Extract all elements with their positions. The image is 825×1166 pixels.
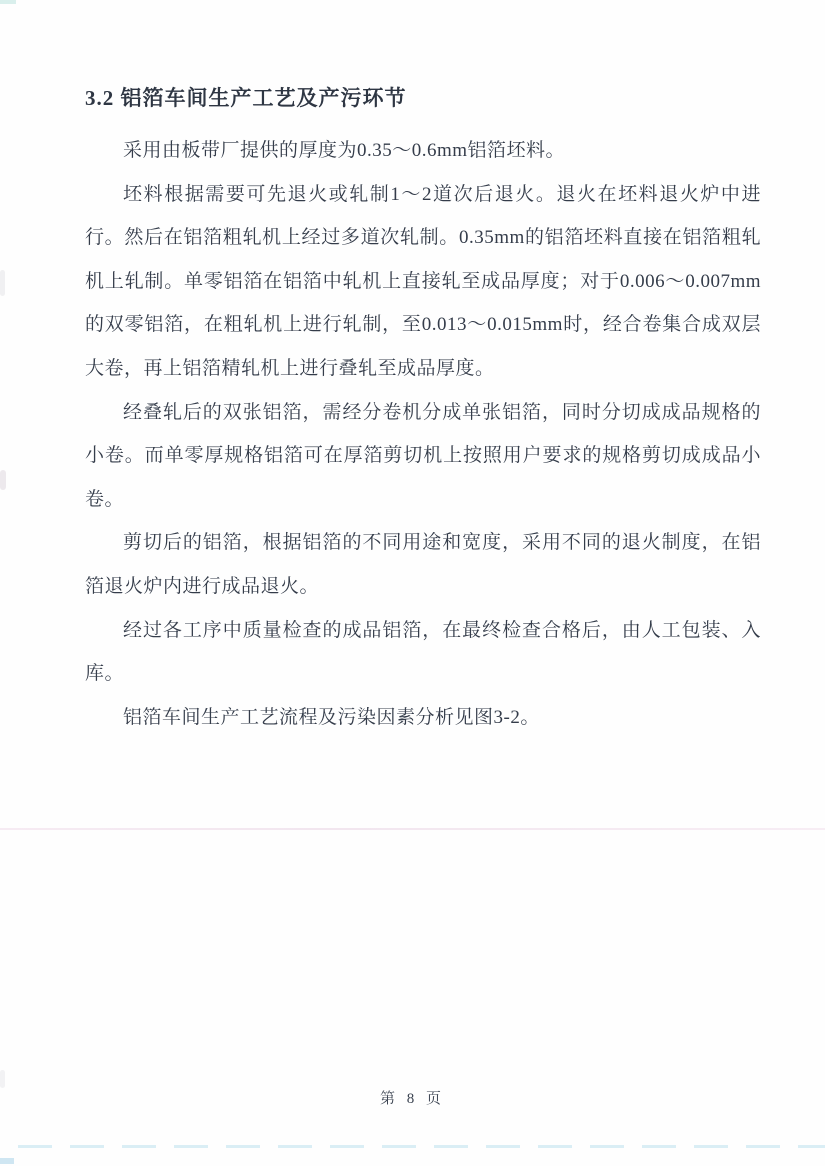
paragraph-annealing: 剪切后的铝箔，根据铝箔的不同用途和宽度，采用不同的退火制度，在铝箔退火炉内进行成… [85, 521, 761, 608]
paragraph-separating-slitting: 经叠轧后的双张铝箔，需经分卷机分成单张铝箔，同时分切成成品规格的小卷。而单零厚规… [85, 391, 761, 522]
page-footer: 第 8 页 [0, 1087, 825, 1108]
page-content: 3.2 铝箔车间生产工艺及产污环节 采用由板带厂提供的厚度为0.35～0.6mm… [85, 82, 761, 739]
scan-artifact-crease-line [0, 828, 825, 830]
section-heading: 3.2 铝箔车间生产工艺及产污环节 [85, 82, 761, 112]
scan-artifact-left-smudge [0, 270, 5, 296]
paragraph-rolling-process: 坯料根据需要可先退火或轧制1～2道次后退火。退火在坯料退火炉中进行。然后在铝箔粗… [85, 173, 761, 391]
scanned-document-page: 3.2 铝箔车间生产工艺及产污环节 采用由板带厂提供的厚度为0.35～0.6mm… [0, 0, 825, 1166]
paragraph-blank-thickness: 采用由板带厂提供的厚度为0.35～0.6mm铝箔坯料。 [85, 129, 761, 173]
page-number: 第 8 页 [380, 1091, 445, 1107]
scan-artifact-bottom-dashes [0, 1145, 825, 1148]
paragraph-figure-reference: 铝箔车间生产工艺流程及污染因素分析见图3-2。 [85, 696, 761, 740]
scan-artifact-left-smudge [0, 470, 6, 490]
scan-artifact-left-smudge [0, 1070, 5, 1088]
scan-artifact-bottom-left-mark [0, 1158, 14, 1164]
scan-artifact-top-left-mark [0, 0, 16, 4]
paragraph-inspection-packing: 经过各工序中质量检查的成品铝箔，在最终检查合格后，由人工包装、入库。 [85, 609, 761, 696]
